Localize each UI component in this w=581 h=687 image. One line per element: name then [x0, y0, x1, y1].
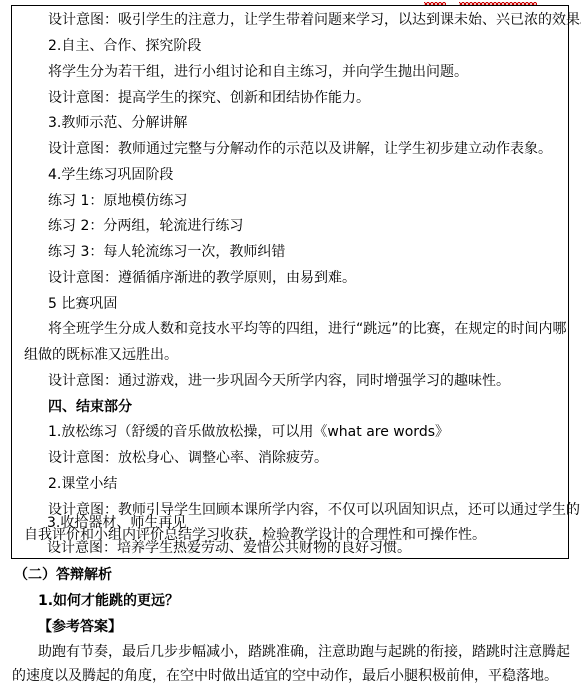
text-line: 练习 2：分两组，轮流进行练习: [48, 216, 243, 236]
text-line: 设计意图：提高学生的探究、创新和团结协作能力。: [48, 88, 370, 108]
answer-text: 助跑有节奏，最后几步步幅减小，踏跳准确，注意助跑与起跳的衔接，踏跳时注意腾起: [38, 642, 570, 662]
text-line: 将全班学生分成人数和竞技水平均等的四组，进行“跳远”的比赛，在规定的时间内哪: [48, 319, 567, 339]
answer-label: 【参考答案】: [38, 617, 122, 637]
text-line: 设计意图：放松身心、调整心率、消除疲劳。: [48, 448, 328, 468]
text-line: 2.自主、合作、探究阶段: [48, 36, 201, 56]
lesson-plan-table: 设计意图：吸引学生的注意力，让学生带着问题来学习，以达到课未始、兴已浓的效果。 …: [11, 5, 569, 559]
text-line: 4.学生练习巩固阶段: [48, 165, 173, 185]
section-title: （二）答辩解析: [14, 565, 112, 585]
text-line: 设计意图：遵循循序渐进的教学原则，由易到难。: [48, 268, 356, 288]
text-line: 组做的既标准又远胜出。: [24, 345, 178, 365]
question: 1.如何才能跳的更远？: [38, 591, 179, 611]
section-heading: 四、结束部分: [48, 397, 132, 417]
text-line: 3.收拾器材、师生再见: [47, 513, 186, 533]
text-line: 设计意图：教师通过完整与分解动作的示范以及讲解，让学生初步建立动作表象。: [48, 139, 552, 159]
text-line: 3.教师示范、分解讲解: [48, 113, 187, 133]
text-line: 将学生分为若干组，进行小组讨论和自主练习，并向学生抛出问题。: [48, 62, 468, 82]
text-line: 2.课堂小结: [48, 474, 117, 494]
text-line: 1.放松练习（舒缓的音乐做放松操，可以用《what are words》: [48, 422, 449, 442]
text-line: 练习 1：原地模仿练习: [48, 191, 187, 211]
text-line: 设计意图：吸引学生的注意力，让学生带着问题来学习，以达到课未始、兴已浓的效果。: [48, 10, 581, 30]
text-line: 练习 3：每人轮流练习一次，教师纠错: [48, 242, 285, 262]
text-line: 设计意图：通过游戏，进一步巩固今天所学内容，同时增强学习的趣味性。: [48, 371, 510, 391]
answer-text: 的速度以及腾起的角度，在空中时做出适宜的空中动作，最后小腿积极前伸，平稳落地。: [12, 666, 558, 686]
text-line: 设计意图：培养学生热爱劳动、爱惜公共财物的良好习惯。: [47, 538, 411, 558]
text-line: 5 比赛巩固: [48, 294, 117, 314]
